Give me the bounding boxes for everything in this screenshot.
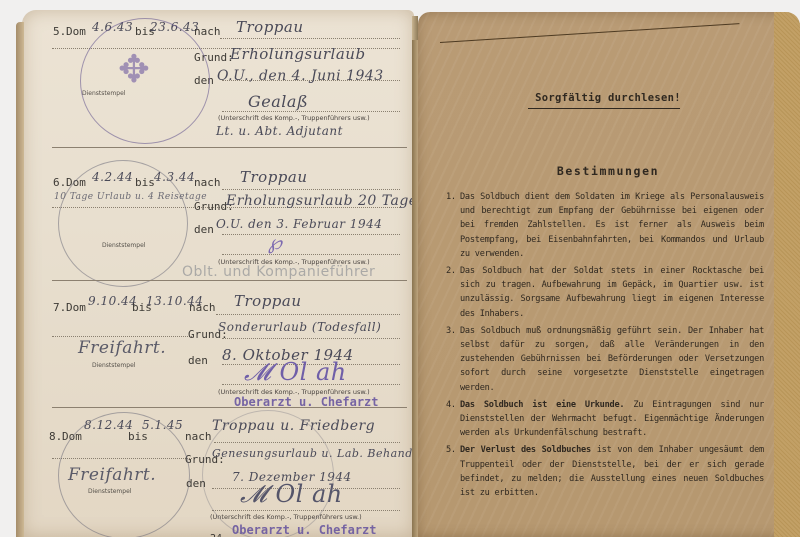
regulation-bold: Das Soldbuch ist eine Urkunde. [460, 400, 624, 410]
reason: Sonderurlaub (Todesfall) [218, 320, 381, 334]
dotted-line [52, 336, 192, 337]
signature-caption: (Unterschrift des Komp.-, Truppenführers… [218, 114, 370, 122]
from-date: 9.10.44 [88, 294, 137, 308]
to-label: nach [185, 430, 212, 443]
soldbuch-open-spread: 5. Dom 4.6.43 bis 23.6.43 nach Troppau G… [0, 0, 800, 537]
entry-divider [52, 147, 407, 148]
regulation-number: 1. [446, 190, 456, 204]
regulations-list: 1.Das Soldbuch dient dem Soldaten im Kri… [446, 190, 764, 503]
regulation-item: 5.Der Verlust des Soldbuches ist von dem… [446, 443, 764, 500]
round-office-stamp [202, 410, 334, 537]
date-label: den [194, 223, 214, 236]
regulation-bold: Der Verlust des Soldbuches [460, 445, 591, 455]
destination: Troppau [236, 18, 304, 36]
regulation-number: 5. [446, 443, 456, 457]
office-stamp-label: Dienststempel [92, 362, 135, 369]
cover-edge [774, 12, 800, 537]
from-label: Dom [66, 25, 86, 38]
reason: Erholungsurlaub [230, 45, 366, 63]
regulation-item: 3.Das Soldbuch muß ordnungsmäßig geführt… [446, 324, 764, 395]
regulation-number: 2. [446, 264, 456, 278]
to-label: nach [194, 176, 221, 189]
reason: Erholungsurlaub 20 Tage [226, 193, 418, 209]
office-stamp-label: Dienststempel [102, 242, 145, 249]
heading-underline [528, 108, 680, 109]
regulation-text: Das Soldbuch muß ordnungsmäßig geführt s… [460, 326, 764, 393]
signature-scribble: ℘ [268, 230, 282, 254]
regulation-item: 2.Das Soldbuch hat der Soldat stets in e… [446, 264, 764, 321]
entry-divider [52, 280, 407, 281]
round-office-stamp [58, 412, 190, 537]
destination: Troppau [240, 168, 308, 186]
entry-number: 8. [49, 430, 62, 443]
to-label: nach [189, 301, 216, 314]
destination: Troppau [234, 292, 302, 310]
dotted-line [222, 234, 400, 235]
destination-line [220, 38, 400, 39]
regulation-item: 1.Das Soldbuch dient dem Soldaten im Kri… [446, 190, 764, 261]
page-crease [440, 23, 739, 43]
page-number: 24 [210, 533, 222, 537]
destination-line [222, 189, 400, 190]
regulation-number: 3. [446, 324, 456, 338]
rank-stamp: Oblt. und Kompanieführer [182, 264, 375, 280]
office-stamp-label: Dienststempel [82, 90, 125, 97]
round-office-stamp [58, 160, 188, 287]
signature-line [222, 384, 400, 385]
destination-line [216, 314, 400, 315]
issue-date: O.U., den 4. Juni 1943 [217, 68, 384, 84]
entry-divider [52, 407, 407, 408]
regulation-text: Das Soldbuch hat der Soldat stets in ein… [460, 266, 764, 319]
signer-title: Lt. u. Abt. Adjutant [216, 124, 343, 138]
dotted-line [222, 338, 400, 339]
signature-line [222, 111, 400, 112]
entry-number: 7. [53, 301, 66, 314]
regulation-text: Das Soldbuch dient dem Soldaten im Krieg… [460, 192, 764, 259]
entry-number: 6. [53, 176, 66, 189]
side-note: Freifahrt. [78, 338, 166, 358]
regulation-item: 4.Das Soldbuch ist eine Urkunde. Zu Eint… [446, 398, 764, 441]
left-page-leave-records: 5. Dom 4.6.43 bis 23.6.43 nach Troppau G… [22, 10, 414, 537]
signature-line [222, 254, 400, 255]
entry-number: 5. [53, 25, 66, 38]
right-page-regulations: Sorgfältig durchlesen! Bestimmungen 1.Da… [418, 12, 800, 537]
from-label: Dom [66, 301, 86, 314]
signature: Gealaß [248, 92, 308, 111]
page-heading: Sorgfältig durchlesen! [528, 92, 688, 104]
signature-scribble: 𝓜 Ol ah [244, 358, 347, 386]
eagle-emblem-icon: ✥ [118, 50, 150, 88]
regulation-number: 4. [446, 398, 456, 412]
issue-date: O.U. den 3. Februar 1944 [216, 217, 382, 231]
date-label: den [188, 354, 208, 367]
section-title: Bestimmungen [538, 164, 678, 178]
to-label: nach [194, 25, 221, 38]
